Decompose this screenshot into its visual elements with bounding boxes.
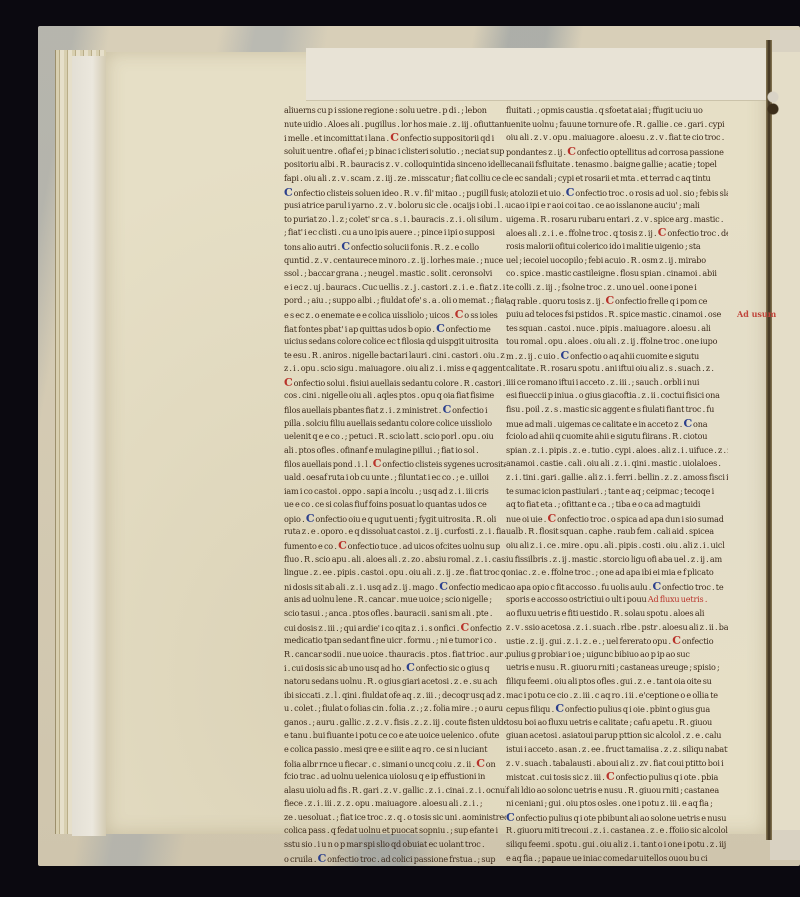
line-text: ucao i ipi e r aoi coi tao . ce ao issla… xyxy=(506,200,700,210)
manuscript-line: ualb . R . flosit squan . caphe . raub f… xyxy=(506,525,728,539)
line-text: esi fiueccii p iniua . o gius giacoftia … xyxy=(506,390,720,400)
line-text: e s ec z . o enemate e e colica uissliol… xyxy=(284,310,455,320)
decorated-initial-blue: C xyxy=(318,852,327,866)
manuscript-line: u . colet . ; fiulat o folias cin . foli… xyxy=(284,702,506,716)
line-text: uenite uolnu ; fauune tornure ofe . R . … xyxy=(506,119,724,129)
line-text-after-initial: onfectio pulius q i oie . pbint o gius g… xyxy=(565,704,710,714)
manuscript-line: mac i potu ce cio . z . iii . c aq ro . … xyxy=(506,689,728,703)
line-text: iiii ce romano iftui i acceto . z . iii … xyxy=(506,377,699,387)
line-text: fisu . poil . z . s . mastic sic aggent … xyxy=(506,404,714,414)
decorated-initial-blue: C xyxy=(506,811,515,825)
line-text: te colli . z . iij . ; fsolne troc . z .… xyxy=(506,282,697,292)
manuscript-line: ali . ptos ofles . ofinanf e mulagine pi… xyxy=(284,444,506,458)
line-text: ; fiat' i ec clisti . cu a uno ipis auer… xyxy=(284,227,495,237)
line-text: uald . oesaf ruta i ob cu unte . ; filun… xyxy=(284,472,489,482)
line-text: rosis malorii ofitui colerico ido i mali… xyxy=(506,241,701,251)
line-text: oniac . z . e . ffolne troc . ; one ad a… xyxy=(506,567,714,577)
line-text: ue e co . ce si colas fiuf foins posuat … xyxy=(284,499,487,509)
line-text: medicatio tpan sedant fine uicr . formu … xyxy=(284,635,496,645)
decorated-initial-red: C xyxy=(605,294,614,308)
line-text: colica pass . q fedat uolnu et puocat so… xyxy=(284,825,498,835)
manuscript-line: i . cui dosis sic ab uno usq ad ho . Con… xyxy=(284,661,506,675)
manuscript-line: pusi atrice parul i yarno . z . v . bolo… xyxy=(284,199,506,213)
line-text: fluitati . ; opmis caustia . q sfoetat a… xyxy=(506,105,703,115)
line-text-after-initial: onfectio clisteis sygenes ucrosita xyxy=(382,459,506,469)
manuscript-line: oiu ali . z . v . opu . maiuagore . aloe… xyxy=(506,131,728,145)
line-text: aloes ali . z . i . e . ffolne troc . q … xyxy=(506,228,658,238)
line-text: ustie . z . ij . gui . z . i . z . e . ;… xyxy=(506,636,672,646)
line-text: fciolo ad ahii q cuomite ahii e sigutu f… xyxy=(506,431,707,441)
line-text: soluit uentre . ofiaf ei ; p binac i cli… xyxy=(284,146,504,156)
manuscript-line: e aq fia . ; papaue ue iniac comedar uit… xyxy=(506,852,728,866)
line-text: R . cancar sodii . nue uoice . thauracis… xyxy=(284,649,506,659)
line-text: pondantes z . ij . xyxy=(506,147,567,157)
manuscript-line: ni dosis sit ab ali . z . i . usq ad z .… xyxy=(284,580,506,594)
line-text-after-initial: onfectio medic xyxy=(449,582,506,592)
decorated-initial-red: C xyxy=(390,131,399,145)
manuscript-line: folia albr rnce u fiecar . c . simani o … xyxy=(284,757,506,771)
decorated-initial-blue: C xyxy=(341,240,350,254)
stitch-knot-icon xyxy=(766,88,780,118)
line-text: i melle . et incomittat i lana . xyxy=(284,133,390,143)
manuscript-line: Confectio clisteis soluen ideo . R . v .… xyxy=(284,186,506,200)
text-column-left: aliuerns cu p i ssione regione : solu ue… xyxy=(284,104,506,865)
manuscript-line: R . giuoru miti trecoui . z . i . castan… xyxy=(506,824,728,838)
decorated-initial-blue: C xyxy=(406,661,415,675)
line-text: mac i potu ce cio . z . iii . c aq ro . … xyxy=(506,690,718,700)
line-text: z . v . suach . tabalausti . aboui ali z… xyxy=(506,758,724,768)
manuscript-line: anis ad uolnu lene . R . cancar . mue uo… xyxy=(284,593,506,607)
manuscript-line: fiat fontes pbat' i ap quittas udos b op… xyxy=(284,322,506,336)
manuscript-line: z . v . ssio acetosa . z . i . suach . r… xyxy=(506,621,728,635)
line-text: pord . ; aiu . ; suppo albi . ; fiuldat … xyxy=(284,295,506,305)
line-text: ruta z . e . oporo . e q dissoluat casto… xyxy=(284,526,506,536)
manuscript-line: z . v . suach . tabalausti . aboui ali z… xyxy=(506,757,728,771)
line-text: ni ceniani ; gui . oiu ptos osles . one … xyxy=(506,798,713,808)
manuscript-line: aliuerns cu p i ssione regione : solu ue… xyxy=(284,104,506,118)
decorated-initial-blue: C xyxy=(306,512,315,526)
line-text: uigema . R . rosaru rubaru entari . z . … xyxy=(506,214,723,224)
line-text: uel ; iecoiel uocopilo ; febi acuio . R … xyxy=(506,255,706,265)
line-text: pilla . solciu filiu auellais sedantu co… xyxy=(284,418,492,428)
manuscript-line: o cruila . Confectio troc . ad colici pa… xyxy=(284,852,506,866)
decorated-initial-red: C xyxy=(284,376,293,390)
line-text: quntid . z . v . centaurece minoro . z .… xyxy=(284,255,503,265)
line-text: u . colet . ; fiulat o folias cin . foli… xyxy=(284,703,503,713)
repair-strip-top xyxy=(306,48,766,101)
decorated-initial-red: C xyxy=(455,308,464,322)
line-text: lingue . z . ee . pipis . castoi . opu .… xyxy=(284,567,506,577)
manuscript-line: fluo . R . scio apu . ali . aloes ali . … xyxy=(284,553,506,567)
manuscript-line: fumento e co . Confectio tuce . ad uicos… xyxy=(284,539,506,553)
line-text: opio . xyxy=(284,514,306,524)
line-text: cos . cini . nigelle oiu ali . aqles pto… xyxy=(284,390,494,400)
line-text: z . v . ssio acetosa . z . i . suach . r… xyxy=(506,622,728,632)
manuscript-line: tou romal . opu . aloes . oiu ali . z . … xyxy=(506,335,728,349)
manuscript-line: rosis malorii ofitui colerico ido i mali… xyxy=(506,240,728,254)
manuscript-line: z . i . opu . scio sigu . maiuagore . oi… xyxy=(284,362,506,376)
line-text: cepus filiqu . xyxy=(506,704,555,714)
line-text-after-initial: onfectio optellitus ad corrosa passione xyxy=(577,147,724,157)
manuscript-line: esi fiueccii p iniua . o gius giacoftia … xyxy=(506,389,728,403)
line-text: ali . ptos ofles . ofinanf e mulagine pi… xyxy=(284,445,479,455)
manuscript-line: calitate . R . rosaru spotu . ani iftui … xyxy=(506,362,728,376)
line-text-after-initial: onfectio pulius q i ote pbibunt ali ao s… xyxy=(516,813,728,823)
manuscript-line: i melle . et incomittat i lana . Confect… xyxy=(284,131,506,145)
line-text: nue oi uie . xyxy=(506,514,548,524)
line-text-after-initial: onfectio troc . de xyxy=(667,228,728,238)
line-text: i . cui dosis sic ab uno usq ad ho . xyxy=(284,663,406,673)
line-text: folia albr rnce u fiecar . c . simani o … xyxy=(284,759,476,769)
manuscript-line: filos auellais pond . i . l . Confectio … xyxy=(284,457,506,471)
manuscript-line: fapi . oiu ali . z . v . scam . z . iij … xyxy=(284,172,506,186)
manuscript-line: iam i co castoi . oppo . sapi a incolu .… xyxy=(284,485,506,499)
manuscript-line: puiu ad teloces fsi pstidos . R . spice … xyxy=(506,308,728,322)
manuscript-line: cui dosis z . iii . ; qui ardie' i co qi… xyxy=(284,621,506,635)
manuscript-line: ganos . ; auru . gallic . z . z . v . fi… xyxy=(284,716,506,730)
line-text: sstu sio . i u n o p mar spi slio qd obu… xyxy=(284,839,484,849)
manuscript-line: ibi siccati . z . l . qini . fiuldat ofe… xyxy=(284,689,506,703)
decorated-initial-blue: C xyxy=(652,580,661,594)
line-text: nute uidio . Aloes ali . pugillus . lor … xyxy=(284,119,506,129)
guard-strip xyxy=(72,56,106,836)
line-text: mistcat . cui tosis sic z . iii . xyxy=(506,772,606,782)
decorated-initial-blue: C xyxy=(555,702,564,716)
line-text-after-initial: onfectio troc . ad colici passione frstu… xyxy=(327,854,495,864)
line-text: le ec sandali ; cypi et rosarii et mta .… xyxy=(506,173,711,183)
manuscript-line: uenite uolnu ; fauune tornure ofe . R . … xyxy=(506,118,728,132)
manuscript-line: e tanu . bui fiuante i potu ce co e ate … xyxy=(284,729,506,743)
line-text-after-initial: onfectio oiu e q ugut uenti ; fygit uitr… xyxy=(315,514,496,524)
manuscript-line: te colli . z . iij . ; fsolne troc . z .… xyxy=(506,281,728,295)
manuscript-line: ue e co . ce si colas fiuf foins posuat … xyxy=(284,498,506,512)
line-text: o cruila . xyxy=(284,854,318,864)
line-text-after-initial: on xyxy=(486,759,496,769)
manuscript-line: ze . uesoluat . ; fiat ice troc . z . q … xyxy=(284,811,506,825)
manuscript-line: ao apa opio c fit accosso . fu uolis aul… xyxy=(506,580,728,594)
line-text: oiu ali z . i . ce . mire . opu . ali . … xyxy=(506,540,725,550)
line-text: fcio trac . ad uolnu uelenica uiolosu q … xyxy=(284,771,485,781)
manuscript-line: medicatio tpan sedant fine uicr . formu … xyxy=(284,634,506,648)
line-text-after-initial: onfectio troc . o rosis ad uol . sio ; f… xyxy=(575,188,728,198)
manuscript-line: soluit uentre . ofiaf ei ; p binac i cli… xyxy=(284,145,506,159)
manuscript-line: cos . cini . nigelle oiu ali . aqles pto… xyxy=(284,389,506,403)
line-text: sporis e accosso ostrictiui o ult i pouu xyxy=(506,594,648,604)
line-text: uicius sedans colore colice ec t filosia… xyxy=(284,336,498,346)
line-text: f ali ldio ao solonc uetris e nusu . R .… xyxy=(506,785,719,795)
manuscript-line: mue ad mali . uigemas ce calitate e in a… xyxy=(506,417,728,431)
decorated-initial-red: C xyxy=(338,539,347,553)
manuscript-line: ucao i ipi e r aoi coi tao . ce ao issla… xyxy=(506,199,728,213)
decorated-initial-blue: C xyxy=(561,349,570,363)
line-text-after-initial: onfectio suppositorii qd i xyxy=(400,133,494,143)
manuscript-line: uel ; iecoiel uocopilo ; febi acuio . R … xyxy=(506,254,728,268)
line-text: siliqu feemi . spotu . gui . oiu ali z .… xyxy=(506,839,728,849)
line-text: z . i . opu . scio sigu . maiuagore . oi… xyxy=(284,363,506,373)
line-text: aliuerns cu p i ssione regione : solu ue… xyxy=(284,105,487,115)
manuscript-line: ni ceniani ; gui . oiu ptos osles . one … xyxy=(506,797,728,811)
manuscript-line: opio . Confectio oiu e q ugut uenti ; fy… xyxy=(284,512,506,526)
line-text: m . z . ij . c uio . xyxy=(506,351,561,361)
manuscript-line: tosu boi ao fluxu uetris e calitate ; ca… xyxy=(506,716,728,730)
manuscript-line: f ali ldio ao solonc uetris e nusu . R .… xyxy=(506,784,728,798)
manuscript-line: ustie . z . ij . gui . z . i . z . e . ;… xyxy=(506,634,728,648)
line-text: fluo . R . scio apu . ali . aloes ali . … xyxy=(284,554,506,564)
manuscript-line: fisu . poil . z . s . mastic sic aggent … xyxy=(506,403,728,417)
line-text-after-initial: onfectio solucii fonis . R . z . e collo xyxy=(351,242,479,252)
line-text: oiu ali . z . v . opu . maiuagore . aloe… xyxy=(506,132,724,142)
line-text: giuan acetosi . asiatoui parup pttion si… xyxy=(506,730,721,740)
manuscript-line: pord . ; aiu . ; suppo albi . ; fiuldat … xyxy=(284,294,506,308)
manuscript-line: ecanaii fsfluitate . tenasmo . baigne ga… xyxy=(506,158,728,172)
line-text: aq rable . quoru tosis z . ij . xyxy=(506,296,605,306)
line-text: alasu uiolu ad fis . R . gari . z . v . … xyxy=(284,785,506,795)
facing-folio-edge xyxy=(772,52,800,830)
line-text-after-initial: onfectio sic o gius q xyxy=(416,663,490,673)
line-text: fapi . oiu ali . z . v . scam . z . iij … xyxy=(284,173,506,183)
manuscript-line: oiu ali z . i . ce . mire . opu . ali . … xyxy=(506,539,728,553)
decorated-initial-blue: C xyxy=(683,417,692,431)
line-text: R . giuoru miti trecoui . z . i . castan… xyxy=(506,825,728,835)
line-text: iam i co castoi . oppo . sapi a incolu .… xyxy=(284,486,489,496)
manuscript-line: co . spice . mastic castileigne . flosu … xyxy=(506,267,728,281)
line-text-after-initial: ona xyxy=(693,419,707,429)
manuscript-line: anamoi . castie . cali . oiu ali . z . i… xyxy=(506,457,728,471)
line-text: fumento e co . xyxy=(284,541,338,551)
decorated-initial-red: C xyxy=(658,226,667,240)
line-text: co . spice . mastic castileigne . flosu … xyxy=(506,268,717,278)
manuscript-line: oniac . z . e . ffolne troc . ; one ad a… xyxy=(506,566,728,580)
line-text: calitate . R . rosaru spotu . ani iftui … xyxy=(506,363,714,373)
manuscript-line: alasu uiolu ad fis . R . gari . z . v . … xyxy=(284,784,506,798)
manuscript-line: filiqu feemi . oiu ali ptos ofles . gui … xyxy=(506,675,728,689)
line-text: fiat fontes pbat' i ap quittas udos b op… xyxy=(284,324,436,334)
line-text: e tanu . bui fiuante i potu ce co e ate … xyxy=(284,730,499,740)
line-text: ; atolozii et uio . xyxy=(506,188,566,198)
manuscript-line: ; fiat' i ec clisti . cu a uno ipis auer… xyxy=(284,226,506,240)
decorated-initial-blue: C xyxy=(439,580,448,594)
manuscript-line: cepus filiqu . Confectio pulius q i oie … xyxy=(506,702,728,716)
line-text: e aq fia . ; papaue ue iniac comedar uit… xyxy=(506,853,707,863)
line-text: anamoi . castie . cali . oiu ali . z . i… xyxy=(506,458,721,468)
manuscript-line: uald . oesaf ruta i ob cu unte . ; filun… xyxy=(284,471,506,485)
line-text: positoriu albi . R . bauracis z . v . co… xyxy=(284,159,506,169)
line-text: ze . uesoluat . ; fiat ice troc . z . q … xyxy=(284,812,506,822)
manuscript-line: fluitati . ; opmis caustia . q sfoetat a… xyxy=(506,104,728,118)
manuscript-line: pilla . solciu filiu auellais sedantu co… xyxy=(284,417,506,431)
manuscript-line: te esu . R . aniros . nigelle bactari la… xyxy=(284,349,506,363)
decorated-initial-blue: C xyxy=(436,322,445,336)
line-text: filos auellais pbantes fiat z . i . z mi… xyxy=(284,405,443,415)
manuscript-line: Confectio pulius q i ote pbibunt ali ao … xyxy=(506,811,728,825)
line-text-after-initial: onfectio tuce . ad uicos ofcites uolnu s… xyxy=(348,541,500,551)
line-text: tosu boi ao fluxu uetris e calitate ; ca… xyxy=(506,717,712,727)
decorated-initial-red: C xyxy=(606,770,615,784)
line-text-after-initial: onfectio troc . o spica ad apa dun i sio… xyxy=(557,514,724,524)
manuscript-line: filos auellais pbantes fiat z . i . z mi… xyxy=(284,403,506,417)
line-text: tons alio autri . xyxy=(284,242,341,252)
line-text-after-initial: onfectio i xyxy=(452,405,487,415)
manuscript-line: mistcat . cui tosis sic z . iii . Confec… xyxy=(506,770,728,784)
line-text: iu fissilbris . z . ij . mastic . storci… xyxy=(506,554,722,564)
manuscript-line: positoriu albi . R . bauracis z . v . co… xyxy=(284,158,506,172)
decorated-initial-blue: C xyxy=(284,186,293,200)
line-text: spian . z . i . pipis . z . e . tutio . … xyxy=(506,445,728,455)
decorated-initial-red: C xyxy=(373,457,382,471)
manuscript-line: Confectio solui . fisiui auellais sedant… xyxy=(284,376,506,390)
line-text: z . i . tini . gari . gallie . ali z . i… xyxy=(506,472,728,482)
manuscript-line: colica pass . q fedat uolnu et puocat so… xyxy=(284,824,506,838)
line-text-after-initial: onfectio frelle q i pom ce xyxy=(615,296,707,306)
line-text: fiece . z . i . iii . z . z . opu . maiu… xyxy=(284,798,482,808)
decorated-initial-red: C xyxy=(461,621,470,635)
manuscript-line: z . i . tini . gari . gallie . ali z . i… xyxy=(506,471,728,485)
manuscript-line: istui i acceto . asan . z . ee . fruct t… xyxy=(506,743,728,757)
manuscript-line: ruta z . e . oporo . e q dissoluat casto… xyxy=(284,525,506,539)
margin-rubric: Ad usum xyxy=(737,309,776,319)
line-text: ni dosis sit ab ali . z . i . usq ad z .… xyxy=(284,582,439,592)
manuscript-line: ; atolozii et uio . Confectio troc . o r… xyxy=(506,186,728,200)
line-text: ualb . R . flosit squan . caphe . raub f… xyxy=(506,526,714,536)
text-column-right: fluitati . ; opmis caustia . q sfoetat a… xyxy=(506,104,728,865)
manuscript-line: uigema . R . rosaru rubaru entari . z . … xyxy=(506,213,728,227)
manuscript-line: e i ec z . uj . bauracs . Cuc uellis . z… xyxy=(284,281,506,295)
manuscript-line: scio tasui . ; anca . ptos ofles . baura… xyxy=(284,607,506,621)
line-text: e colica passio . mesi qre e e siiit e a… xyxy=(284,744,487,754)
line-text: to puriat zo . l . z ; colet' sr ca . s … xyxy=(284,214,502,224)
manuscript-line: sstu sio . i u n o p mar spi slio qd obu… xyxy=(284,838,506,852)
line-text: mue ad mali . uigemas ce calitate e in a… xyxy=(506,419,683,429)
manuscript-line: iu fissilbris . z . ij . mastic . storci… xyxy=(506,553,728,567)
line-text: uelenit q e e co . ; petuci . R . scio l… xyxy=(284,431,494,441)
manuscript-line: sporis e accosso ostrictiui o ult i pouu… xyxy=(506,593,728,607)
line-text: ssol . ; baccar grana . ; neugel . masti… xyxy=(284,268,492,278)
line-text: aq to fiat eta . ; ofittant e ca . ; tib… xyxy=(506,499,700,509)
manuscript-line: fcio trac . ad uolnu uelenica uiolosu q … xyxy=(284,770,506,784)
manuscript-line: fciolo ad ahii q cuomite ahii e sigutu f… xyxy=(506,430,728,444)
line-text: filos auellais pond . i . l . xyxy=(284,459,373,469)
manuscript-line: uelenit q e e co . ; petuci . R . scio l… xyxy=(284,430,506,444)
inline-rubric: Ad fluxu uetris . xyxy=(648,594,707,604)
line-text: tou romal . opu . aloes . oiu ali . z . … xyxy=(506,336,717,346)
decorated-initial-blue: C xyxy=(443,403,452,417)
manuscript-line: e s ec z . o enemate e e colica uissliol… xyxy=(284,308,506,322)
manuscript-line: natoru sedans uolnu . R . o gius giari a… xyxy=(284,675,506,689)
decorated-initial-red: C xyxy=(567,145,576,159)
manuscript-line: aq rable . quoru tosis z . ij . Confecti… xyxy=(506,294,728,308)
manuscript-line: pondantes z . ij . Confectio optellitus … xyxy=(506,145,728,159)
line-text: te sumac icion pastiulari . ; tant e aq … xyxy=(506,486,714,496)
line-text-after-initial: onfectio o aq ahii cuomite e sigutu xyxy=(570,351,699,361)
line-text-after-initial: onfectio xyxy=(470,623,502,633)
line-text: ao fluxu uetris e fiti uestido . R . sol… xyxy=(506,608,704,618)
line-text: uetris e nusu . R . giuoru rniti ; casta… xyxy=(506,662,720,672)
manuscript-line: fiece . z . i . iii . z . z . opu . maiu… xyxy=(284,797,506,811)
line-text: puiu ad teloces fsi pstidos . R . spice … xyxy=(506,309,721,319)
line-text: pusi atrice parul i yarno . z . v . bolo… xyxy=(284,200,506,210)
manuscript-line: e colica passio . mesi qre e e siiit e a… xyxy=(284,743,506,757)
line-text: filiqu feemi . oiu ali ptos ofles . gui … xyxy=(506,676,712,686)
decorated-initial-red: C xyxy=(548,512,557,526)
line-text: te esu . R . aniros . nigelle bactari la… xyxy=(284,350,506,360)
manuscript-line: iiii ce romano iftui i acceto . z . iii … xyxy=(506,376,728,390)
line-text: tes squan . castoi . nuce . pipis . maiu… xyxy=(506,323,711,333)
decorated-initial-red: C xyxy=(672,634,681,648)
manuscript-line: nue oi uie . Confectio troc . o spica ad… xyxy=(506,512,728,526)
manuscript-line: le ec sandali ; cypi et rosarii et mta .… xyxy=(506,172,728,186)
line-text: e i ec z . uj . bauracs . Cuc uellis . z… xyxy=(284,282,506,292)
manuscript-line: aq to fiat eta . ; ofittant e ca . ; tib… xyxy=(506,498,728,512)
line-text: ganos . ; auru . gallic . z . z . v . fi… xyxy=(284,717,506,727)
line-text-after-initial: o ss ioles xyxy=(464,310,497,320)
manuscript-line: te sumac icion pastiulari . ; tant e aq … xyxy=(506,485,728,499)
manuscript-line: tes squan . castoi . nuce . pipis . maiu… xyxy=(506,322,728,336)
line-text: ibi siccati . z . l . qini . fiuldat ofe… xyxy=(284,690,506,700)
manuscript-line: ao fluxu uetris e fiti uestido . R . sol… xyxy=(506,607,728,621)
line-text: ecanaii fsfluitate . tenasmo . baigne ga… xyxy=(506,159,717,169)
line-text: scio tasui . ; anca . ptos ofles . baura… xyxy=(284,608,492,618)
manuscript-line: aloes ali . z . i . e . ffolne troc . q … xyxy=(506,226,728,240)
line-text: istui i acceto . asan . z . ee . fruct t… xyxy=(506,744,728,754)
line-text: ao apa opio c fit accosso . fu uolis aul… xyxy=(506,582,652,592)
manuscript-line: to puriat zo . l . z ; colet' sr ca . s … xyxy=(284,213,506,227)
manuscript-line: ssol . ; baccar grana . ; neugel . masti… xyxy=(284,267,506,281)
line-text: natoru sedans uolnu . R . o gius giari a… xyxy=(284,676,497,686)
line-text-after-initial: onfectio xyxy=(682,636,714,646)
manuscript-line: uicius sedans colore colice ec t filosia… xyxy=(284,335,506,349)
line-text: cui dosis z . iii . ; qui ardie' i co qi… xyxy=(284,623,461,633)
line-text: pulius g probiar i oe ; uigunc bibiuo ao… xyxy=(506,649,690,659)
manuscript-line: m . z . ij . c uio . Confectio o aq ahii… xyxy=(506,349,728,363)
decorated-initial-red: C xyxy=(476,757,485,771)
line-text-after-initial: onfectio troc . te xyxy=(662,582,723,592)
line-text-after-initial: onfectio solui . fisiui auellais sedantu… xyxy=(294,378,506,388)
manuscript-line: nute uidio . Aloes ali . pugillus . lor … xyxy=(284,118,506,132)
line-text: anis ad uolnu lene . R . cancar . mue uo… xyxy=(284,594,492,604)
manuscript-line: uetris e nusu . R . giuoru rniti ; casta… xyxy=(506,661,728,675)
manuscript-line: giuan acetosi . asiatoui parup pttion si… xyxy=(506,729,728,743)
manuscript-line: tons alio autri . Confectio solucii foni… xyxy=(284,240,506,254)
manuscript-line: siliqu feemi . spotu . gui . oiu ali z .… xyxy=(506,838,728,852)
decorated-initial-blue: C xyxy=(566,186,575,200)
manuscript-line: spian . z . i . pipis . z . e . tutio . … xyxy=(506,444,728,458)
line-text-after-initial: onfectio me xyxy=(446,324,491,334)
manuscript-line: lingue . z . ee . pipis . castoi . opu .… xyxy=(284,566,506,580)
line-text-after-initial: onfectio clisteis soluen ideo . R . v . … xyxy=(294,188,506,198)
manuscript-line: R . cancar sodii . nue uoice . thauracis… xyxy=(284,648,506,662)
line-text-after-initial: onfectio pulius q i ote . pbia xyxy=(616,772,719,782)
manuscript-line: pulius g probiar i oe ; uigunc bibiuo ao… xyxy=(506,648,728,662)
manuscript-line: quntid . z . v . centaurece minoro . z .… xyxy=(284,254,506,268)
